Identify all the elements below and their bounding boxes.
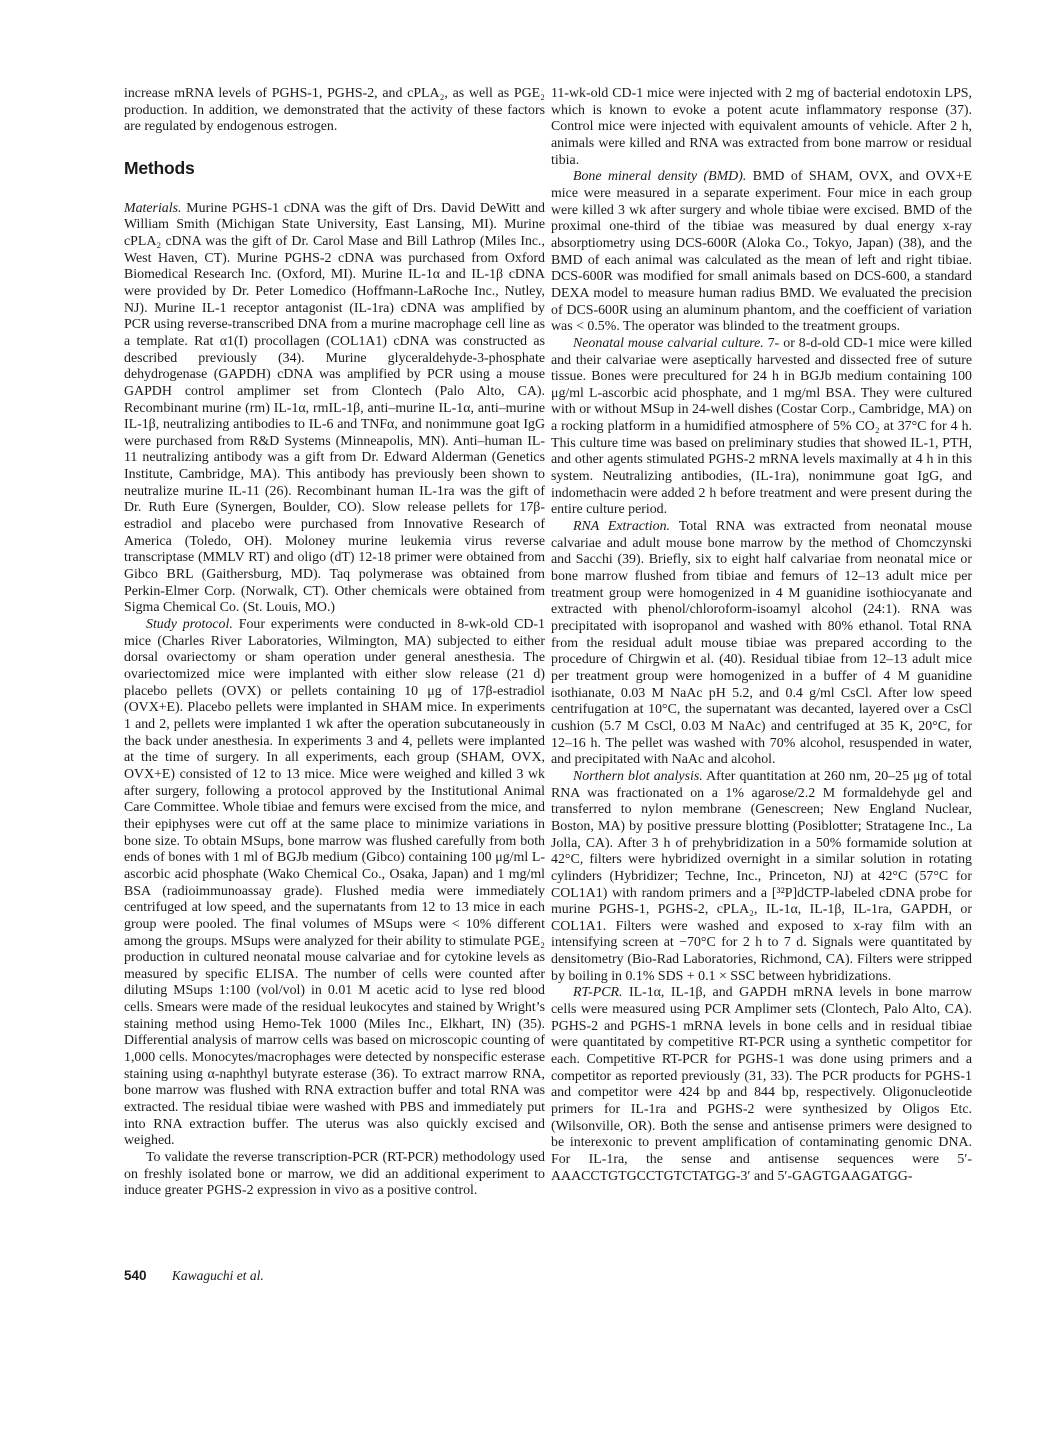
page-footer: 540 Kawaguchi et al. (124, 1268, 264, 1284)
section-title: Materials. (124, 201, 182, 216)
section-title: Neonatal mouse calvarial culture. (573, 336, 764, 351)
section-body: To validate the reverse transcription-PC… (124, 1150, 545, 1198)
section-body: 11-wk-old CD-1 mice were injected with 2… (551, 86, 972, 168)
running-head: Kawaguchi et al. (172, 1268, 264, 1283)
section-body: BMD of SHAM, OVX, and OVX+E mice were me… (551, 169, 972, 334)
section-calvarial-culture: Neonatal mouse calvarial culture. 7- or … (551, 336, 972, 519)
section-rna-extraction: RNA Extraction. Total RNA was extracted … (551, 519, 972, 769)
section-title: Study protocol. (146, 617, 233, 632)
methods-heading: Methods (124, 160, 545, 177)
section-materials: Materials. Murine PGHS-1 cDNA was the gi… (124, 201, 545, 617)
section-body: Total RNA was extracted from neonatal mo… (551, 519, 972, 767)
section-bmd: Bone mineral density (BMD). BMD of SHAM,… (551, 169, 972, 336)
section-northern-blot: Northern blot analysis. After quantitati… (551, 769, 972, 986)
section-rt-pcr: RT-PCR. IL-1α, IL-1β, and GAPDH mRNA lev… (551, 985, 972, 1185)
section-title: RNA Extraction. (573, 519, 670, 534)
section-rtpcr-validation-part1: To validate the reverse transcription-PC… (124, 1150, 545, 1200)
section-rtpcr-validation-part2: 11-wk-old CD-1 mice were injected with 2… (551, 86, 972, 169)
section-body: 7- or 8-d-old CD-1 mice were killed and … (551, 336, 972, 518)
section-title: Northern blot analysis. (573, 769, 703, 784)
section-title: RT-PCR. (573, 985, 623, 1000)
page-number: 540 (124, 1268, 147, 1283)
section-title: Bone mineral density (BMD). (573, 169, 746, 184)
section-body: After quantitation at 260 nm, 20–25 μg o… (551, 769, 972, 984)
right-column: 11-wk-old CD-1 mice were injected with 2… (551, 86, 972, 1185)
section-body: Murine PGHS-1 cDNA was the gift of Drs. … (124, 201, 545, 616)
left-column: increase mRNA levels of PGHS-1, PGHS-2, … (124, 86, 545, 1200)
section-body: Four experiments were conducted in 8-wk-… (124, 617, 545, 1148)
section-study-protocol: Study protocol. Four experiments were co… (124, 617, 545, 1150)
section-body: IL-1α, IL-1β, and GAPDH mRNA levels in b… (551, 985, 972, 1183)
paper-page: increase mRNA levels of PGHS-1, PGHS-2, … (0, 0, 1046, 1436)
intro-closing-paragraph: increase mRNA levels of PGHS-1, PGHS-2, … (124, 86, 545, 136)
